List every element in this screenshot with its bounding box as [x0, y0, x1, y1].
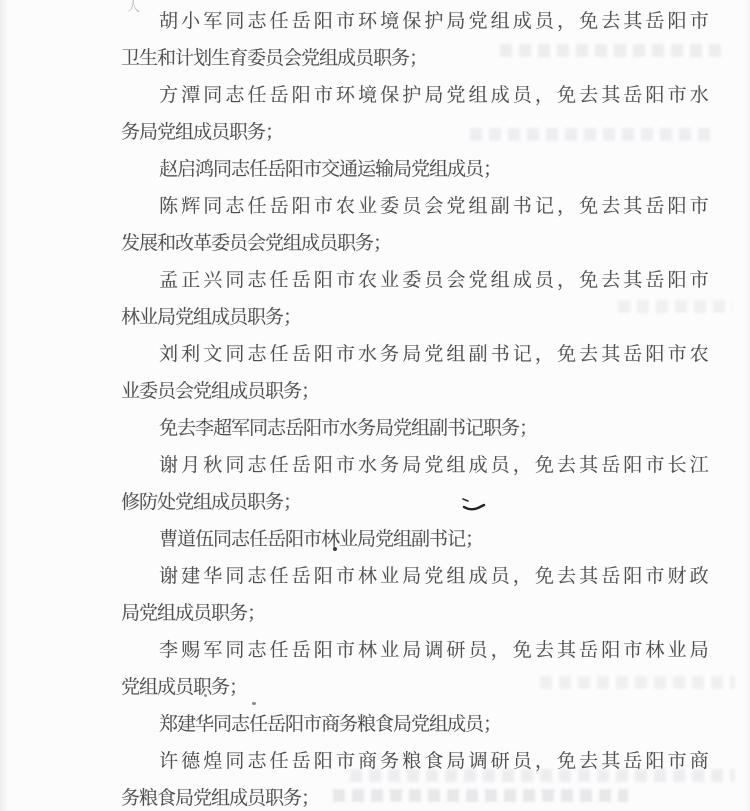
text-line: 赵启鸿同志任岳阳市交通运输局党组成员； — [121, 151, 709, 188]
text-line: 发展和改革委员会党组成员职务； — [121, 225, 709, 262]
text-line: 林业局党组成员职务； — [121, 299, 709, 336]
text-line: 局党组成员职务； — [121, 595, 709, 632]
text-line: 党组成员职务； — [121, 669, 709, 706]
text-line: 务粮食局党组成员职务； — [121, 780, 709, 811]
text-line: 陈辉同志任岳阳市农业委员会党组副书记，免去其岳阳市 — [121, 188, 709, 225]
text-line: 修防处党组成员职务； — [121, 484, 709, 521]
text-line: 免去李超军同志岳阳市水务局党组副书记职务； — [121, 410, 709, 447]
text-line: 孟正兴同志任岳阳市农业委员会党组成员，免去其岳阳市 — [121, 262, 709, 299]
text-line: 业委员会党组成员职务； — [121, 373, 709, 410]
text-line: 刘利文同志任岳阳市水务局党组副书记，免去其岳阳市农 — [121, 336, 709, 373]
text-line: 胡小军同志任岳阳市环境保护局党组成员，免去其岳阳市 — [121, 3, 709, 40]
text-line: 郑建华同志任岳阳市商务粮食局党组成员； — [121, 706, 709, 743]
text-line: 谢建华同志任岳阳市林业局党组成员，免去其岳阳市财政 — [121, 558, 709, 595]
scanned-page: 人 胡小军同志任岳阳市环境保护局党组成员，免去其岳阳市卫生和计划生育委员会党组成… — [0, 0, 750, 811]
text-line: 方潭同志任岳阳市环境保护局党组成员，免去其岳阳市水 — [121, 77, 709, 114]
text-line: 卫生和计划生育委员会党组成员职务； — [121, 40, 709, 77]
text-line: 谢月秋同志任岳阳市水务局党组成员，免去其岳阳市长江 — [121, 447, 709, 484]
document-text: 胡小军同志任岳阳市环境保护局党组成员，免去其岳阳市卫生和计划生育委员会党组成员职… — [121, 3, 709, 811]
text-line: 李赐军同志任岳阳市林业局调研员，免去其岳阳市林业局 — [121, 632, 709, 669]
text-line: 曹道伍同志任岳阳市林业局党组副书记； — [121, 521, 709, 558]
text-line: 务局党组成员职务； — [121, 114, 709, 151]
text-line: 许德煌同志任岳阳市商务粮食局调研员，免去其岳阳市商 — [121, 743, 709, 780]
